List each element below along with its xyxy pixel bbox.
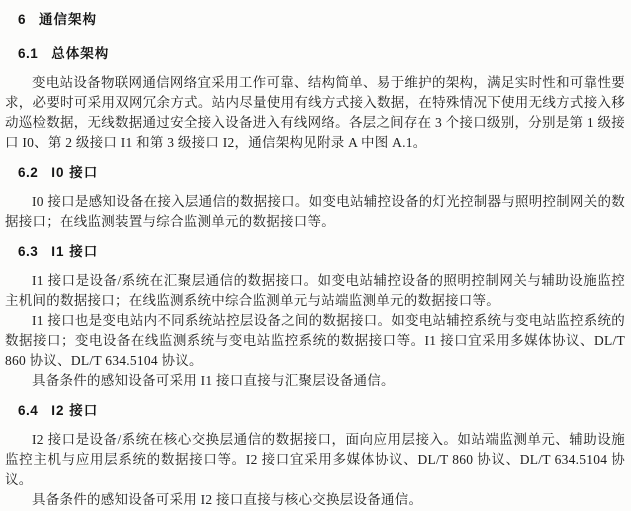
chapter-title: 通信架构 <box>39 12 97 27</box>
clause-number: 6.1 <box>18 46 38 61</box>
document-page: 6通信架构 6.1总体架构 变电站设备物联网通信网络宜采用工作可靠、结构简单、易… <box>0 0 631 511</box>
clause-6-2-heading: 6.2I0 接口 <box>18 165 625 180</box>
body-paragraph: 具备条件的感知设备可采用 I2 接口直接与核心交换层设备通信。 <box>5 490 625 510</box>
chapter-6-heading: 6通信架构 <box>18 12 625 27</box>
clause-title: I0 接口 <box>51 165 98 180</box>
clause-title: I2 接口 <box>51 403 98 418</box>
body-paragraph: 变电站设备物联网通信网络宜采用工作可靠、结构简单、易于维护的架构，满足实时性和可… <box>5 73 625 153</box>
clause-6-1-heading: 6.1总体架构 <box>18 46 625 61</box>
body-paragraph: I0 接口是感知设备在接入层通信的数据接口。如变电站辅控设备的灯光控制器与照明控… <box>5 192 625 232</box>
clause-number: 6.3 <box>18 244 38 259</box>
body-paragraph: I1 接口也是变电站内不同系统站控层设备之间的数据接口。如变电站辅控系统与变电站… <box>5 311 625 371</box>
body-paragraph: I1 接口是设备/系统在汇聚层通信的数据接口。如变电站辅控设备的照明控制网关与辅… <box>5 271 625 311</box>
chapter-number: 6 <box>18 12 26 27</box>
clause-number: 6.4 <box>18 403 38 418</box>
clause-number: 6.2 <box>18 165 38 180</box>
clause-6-4-heading: 6.4I2 接口 <box>18 403 625 418</box>
clause-title: I1 接口 <box>51 244 98 259</box>
body-paragraph: 具备条件的感知设备可采用 I1 接口直接与汇聚层设备通信。 <box>5 371 625 391</box>
body-paragraph: I2 接口是设备/系统在核心交换层通信的数据接口，面向应用层接入。如站端监测单元… <box>5 430 625 490</box>
clause-title: 总体架构 <box>51 46 109 61</box>
clause-6-3-heading: 6.3I1 接口 <box>18 244 625 259</box>
